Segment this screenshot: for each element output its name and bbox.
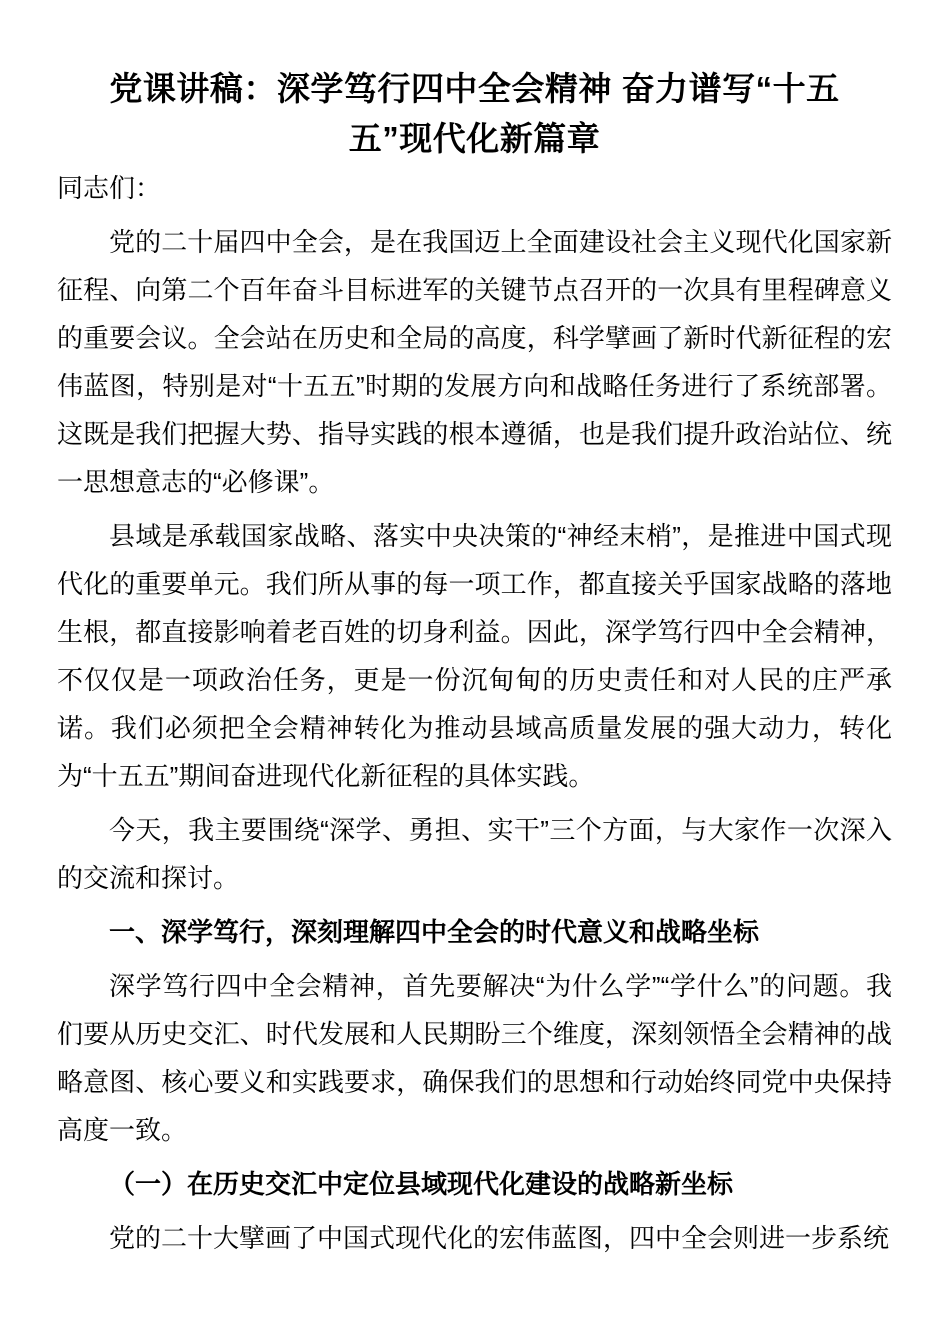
- document-title-line-1: 党课讲稿：深学笃行四中全会精神 奋力谱写“十五: [109, 70, 839, 107]
- body-paragraph-2: 县域是承载国家战略、落实中央决策的“神经末梢”，是推进中国式现代化的重要单元。我…: [57, 512, 892, 800]
- salutation: 同志们：: [57, 164, 892, 212]
- body-paragraph-1: 党的二十届四中全会，是在我国迈上全面建设社会主义现代化国家新征程、向第二个百年奋…: [57, 218, 892, 506]
- sub-section-heading-1-1: （一）在历史交汇中定位县域现代化建设的战略新坐标: [57, 1160, 892, 1208]
- document-page: 党课讲稿：深学笃行四中全会精神 奋力谱写“十五五”现代化新篇章 同志们： 党的二…: [0, 0, 950, 1344]
- document-title-line-2: 五”现代化新篇章: [349, 120, 601, 157]
- body-paragraph-3: 今天，我主要围绕“深学、勇担、实干”三个方面，与大家作一次深入的交流和探讨。: [57, 806, 892, 902]
- document-title: 党课讲稿：深学笃行四中全会精神 奋力谱写“十五五”现代化新篇章: [57, 64, 892, 164]
- body-paragraph-5: 党的二十大擘画了中国式现代化的宏伟蓝图，四中全会则进一步系统: [57, 1214, 892, 1262]
- body-paragraph-4: 深学笃行四中全会精神，首先要解决“为什么学”“学什么”的问题。我们要从历史交汇、…: [57, 962, 892, 1154]
- section-heading-1: 一、深学笃行，深刻理解四中全会的时代意义和战略坐标: [57, 908, 892, 956]
